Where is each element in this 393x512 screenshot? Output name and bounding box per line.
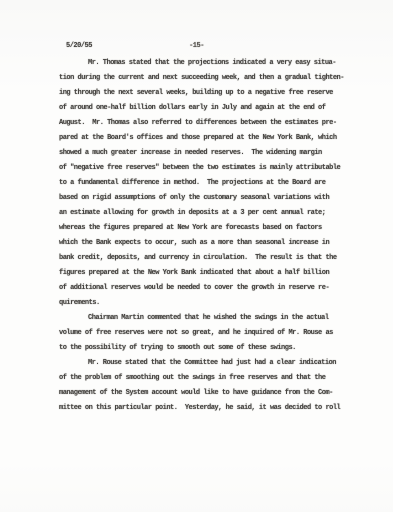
page-number: -15- <box>0 42 393 50</box>
text-line: tion during the current and next succeed… <box>59 71 359 86</box>
paragraph: Chairman Martin commented that he wished… <box>59 311 359 356</box>
text-line: volume of free reserves were not so grea… <box>59 326 359 341</box>
text-line: quirements. <box>59 296 359 311</box>
text-line: bank credit, deposits, and currency in c… <box>59 251 359 266</box>
paragraph: Mr. Rouse stated that the Committee had … <box>59 356 359 416</box>
text-line: pared at the Board's offices and those p… <box>59 131 359 146</box>
text-line: to the possibility of trying to smooth o… <box>59 341 359 356</box>
text-line: showed a much greater increase in needed… <box>59 146 359 161</box>
paragraph: Mr. Thomas stated that the projections i… <box>59 56 359 311</box>
document-body: Mr. Thomas stated that the projections i… <box>59 56 359 416</box>
text-line: Mr. Thomas stated that the projections i… <box>59 56 359 71</box>
text-line: figures prepared at the New York Bank in… <box>59 266 359 281</box>
document-page: 5/20/55 -15- Mr. Thomas stated that the … <box>0 0 393 512</box>
page-header: 5/20/55 -15- <box>0 42 393 54</box>
text-line: of the problem of smoothing out the swin… <box>59 371 359 386</box>
text-line: August. Mr. Thomas also referred to diff… <box>59 116 359 131</box>
text-line: management of the System account would l… <box>59 386 359 401</box>
text-line: Mr. Rouse stated that the Committee had … <box>59 356 359 371</box>
text-line: Chairman Martin commented that he wished… <box>59 311 359 326</box>
text-line: mittee on this particular point. Yesterd… <box>59 401 359 416</box>
text-line: based on rigid assumptions of only the c… <box>59 191 359 206</box>
text-line: of around one-half billion dollars early… <box>59 101 359 116</box>
text-line: of additional reserves would be needed t… <box>59 281 359 296</box>
text-line: which the Bank expects to occur, such as… <box>59 236 359 251</box>
text-line: whereas the figures prepared at New York… <box>59 221 359 236</box>
text-line: of "negative free reserves" between the … <box>59 161 359 176</box>
text-line: ing through the next several weeks, buil… <box>59 86 359 101</box>
text-line: to a fundamental difference in method. T… <box>59 176 359 191</box>
text-line: an estimate allowing for growth in depos… <box>59 206 359 221</box>
